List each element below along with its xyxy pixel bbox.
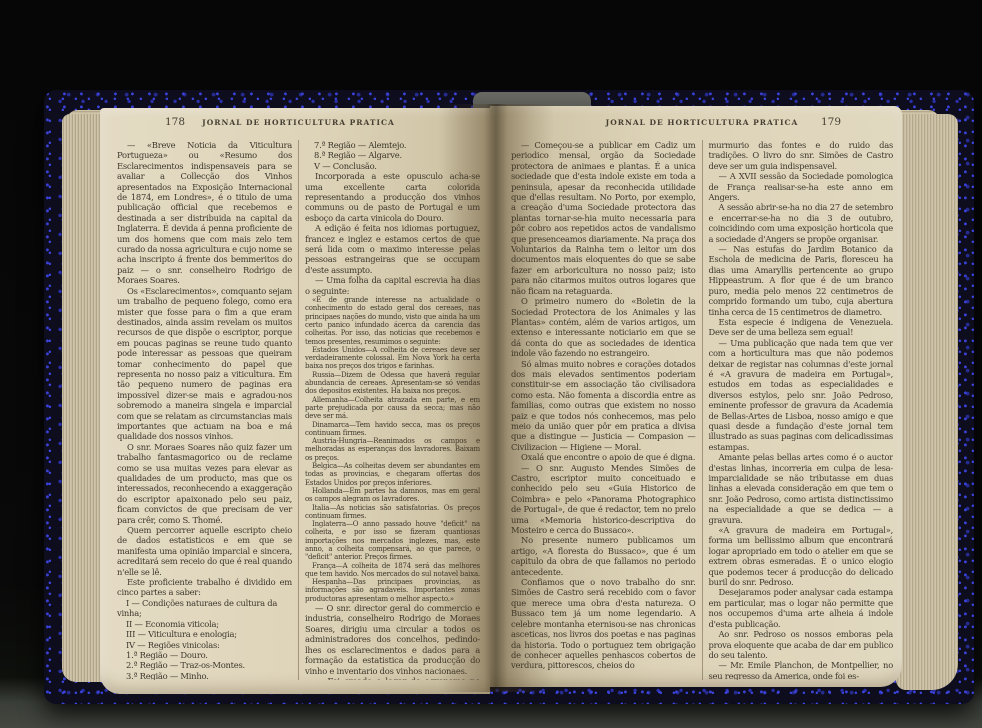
paragraph: A sessão abrir-se-ha no dia 27 de setemb… [709,202,894,244]
paragraph: murmurio das fontes e do ruido das tradi… [709,140,894,171]
paragraph: 1.ª Região — Douro. [117,650,292,660]
paragraph: No presente numero publicamos um artigo,… [511,535,696,577]
paragraph: Hespanha—Das principaes provincias, as i… [305,578,480,603]
paragraph: Estados Unidos—A colheita de cereaes dev… [305,346,480,371]
paragraph: Amante pelas bellas artes como é o aucto… [709,452,894,525]
paragraph: Hollanda—Em partes ha damnos, mas em ger… [305,487,480,504]
photo-background: 178 JORNAL DE HORTICULTURA PRATICA — «Br… [0,0,982,728]
paragraph: Italia—As noticias são satisfatorias. Os… [305,504,480,521]
paragraph: I — Condições naturaes de cultura da vin… [117,598,292,619]
paragraph: 8.ª Região — Algarve. [305,150,480,160]
paragraph: — Foi creado o logar de agronomo no dist… [305,676,480,680]
paragraph: — «Breve Noticia da Viticultura Portugue… [117,140,292,286]
paragraph: Este proficiente trabalho é dividido em … [117,577,292,598]
paragraph: Incorporada a este opusculo acha-se uma … [305,171,480,223]
paragraph: Confiamos que o novo trabalho do snr. Si… [511,577,696,671]
paragraph: Esta especie é indigena de Venezuela. De… [709,317,894,338]
left-page: 178 JORNAL DE HORTICULTURA PRATICA — «Br… [100,108,490,694]
paragraph: 7.ª Região — Alemtejo. [305,140,480,150]
paragraph: — Nas estufas do Jardim Botanico da Esch… [709,244,894,317]
two-column-text: — Começou-se a publicar em Cadiz um peri… [511,140,893,680]
paragraph: «É de grande interesse na actualidade o … [305,296,480,346]
paragraph: Só almas muito nobres e corações dotados… [511,359,696,453]
text-column: murmurio das fontes e do ruido das tradi… [703,140,894,680]
paragraph: 2.ª Região — Traz-os-Montes. [117,660,292,670]
paragraph: — Começou-se a publicar em Cadiz um peri… [511,140,696,296]
paragraph: Inglaterra—O anno passado houve "deficit… [305,520,480,561]
two-column-text: — «Breve Noticia da Viticultura Portugue… [117,140,480,680]
paragraph: Quem percorrer aquelle escripto cheio de… [117,525,292,577]
paragraph: — Uma publicação que nada tem que ver co… [709,338,894,452]
left-page-content: 178 JORNAL DE HORTICULTURA PRATICA — «Br… [117,118,480,694]
paragraph: — A XVII sessão da Sociedade pomologica … [709,171,894,202]
paragraph: Ao snr. Pedroso os nossos emboras pela p… [709,629,894,660]
page-number: 179 [821,116,841,128]
page-stack-right-edge [896,114,958,690]
paragraph: V — Conclusão. [305,161,480,171]
paragraph: O snr. Moraes Soares não quiz fazer um t… [117,442,292,525]
paragraph: A edição é feita nos idiomas portuguez, … [305,223,480,275]
left-page-header: 178 JORNAL DE HORTICULTURA PRATICA [117,118,480,133]
text-column: 7.ª Região — Alemtejo.8.ª Região — Algar… [299,140,480,680]
right-page-content: JORNAL DE HORTICULTURA PRATICA 179 — Com… [511,118,893,687]
paragraph: Desejaramos poder analysar cada estampa … [709,587,894,629]
paragraph: Allemanha—Colheita atrazada em parte, e … [305,396,480,421]
paragraph: III — Viticultura e enologia; [117,629,292,639]
paragraph: — O snr. Augusto Mendes Simões de Castro… [511,463,696,536]
text-column: — Começou-se a publicar em Cadiz um peri… [511,140,703,680]
paragraph: II — Economia viticola; [117,619,292,629]
paragraph: — Uma folha da capital escrevia ha dias … [305,275,480,296]
paragraph: «A gravura de madeira em Portugal», form… [709,525,894,587]
paragraph: Oxalá que encontre o apoio de que é dign… [511,452,696,462]
paragraph: Dinamarca—Tem havido secca, mas os preço… [305,421,480,438]
running-title: JORNAL DE HORTICULTURA PRATICA [117,118,480,127]
text-column: — «Breve Noticia da Viticultura Portugue… [117,140,299,680]
paragraph: França—A colheita de 1874 será das melho… [305,562,480,579]
paragraph: Russia—Dizem de Odessa que haverá regula… [305,371,480,396]
paragraph: — Mr. Emile Planchon, de Montpellier, no… [709,660,894,680]
right-page-header: JORNAL DE HORTICULTURA PRATICA 179 [511,118,893,133]
paragraph: Os «Esclarecimentos», comquanto sejam um… [117,286,292,442]
paragraph: IV — Regiões vinicolas: [117,640,292,650]
paragraph: Austria-Hungria—Reanimados os campos e m… [305,437,480,462]
paragraph: — O snr. director geral do commercio e i… [305,603,480,676]
right-page: JORNAL DE HORTICULTURA PRATICA 179 — Com… [490,106,902,687]
paragraph: O primeiro numero do «Boletin de la Soci… [511,296,696,358]
paragraph: Belgica—As colheitas devem ser abundante… [305,462,480,487]
paragraph: 3.ª Região — Minho. [117,671,292,680]
